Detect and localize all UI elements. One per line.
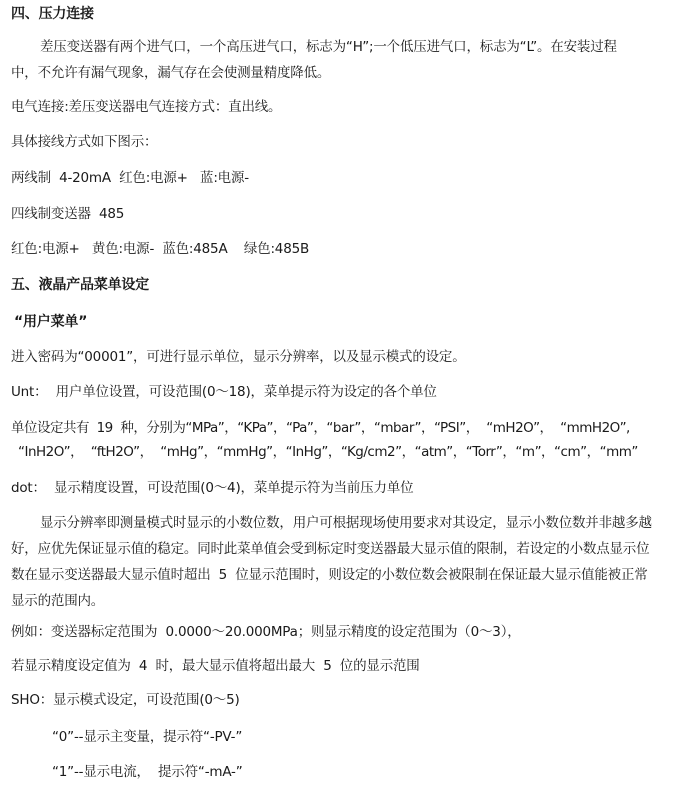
resolution-para-line-3: 数在显示变送器最大显示值时超出 5 位显示范围时，则设定的小数位数会被限制在保证… [11,566,667,584]
precision-limit-text: 若显示精度设定值为 4 时，最大显示值将超出最大 5 位的显示范围 [11,657,667,675]
unt-setting-text: Unt： 用户单位设置，可设范围(0～18)，菜单提示符为设定的各个单位 [11,383,667,401]
resolution-para-line-2: 好，应优先保证显示值的稳定。同时此菜单值会受到标定时变送器最大显示值的限制，若设… [11,540,667,558]
resolution-para-line-4: 显示的范围内。 [11,592,667,610]
resolution-para-line-1: 显示分辨率即测量模式时显示的小数位数，用户可根据现场使用要求对其设定，显示小数位… [40,514,667,532]
units-list-line-2: “InH2O”， “ftH2O”， “mHg”，“mmHg”，“InHg”，“K… [18,443,667,461]
section-5-title: 五、液晶产品菜单设定 [11,276,667,294]
sho-setting-text: SHO：显示模式设定，可设范围(0～5) [11,691,667,709]
sho-option-0: “0”--显示主变量，提示符“-PV-” [52,728,667,746]
example-text: 例如：变送器标定范围为 0.0000～20.000MPa；则显示精度的设定范围为… [11,623,667,641]
dot-setting-text: dot： 显示精度设置，可设范围(0～4)，菜单提示符为当前压力单位 [11,479,667,497]
four-wire-text: 四线制变送器 485 [11,205,667,223]
password-text: 进入密码为“00001”，可进行显示单位，显示分辨率，以及显示模式的设定。 [11,348,667,366]
wiring-detail-text: 具体接线方式如下图示： [11,133,667,151]
two-wire-text: 两线制 4-20mA 红色:电源+ 蓝:电源- [11,169,667,187]
four-wire-colors-text: 红色:电源+ 黄色:电源- 蓝色:485A 绿色:485B [11,240,667,258]
electrical-connection-text: 电气连接:差压变送器电气连接方式：直出线。 [11,98,667,116]
pressure-intro-line-2: 中，不允许有漏气现象，漏气存在会使测量精度降低。 [11,64,667,82]
sho-option-1: “1”--显示电流， 提示符“-mA-” [52,763,667,781]
pressure-intro-line-1: 差压变送器有两个进气口，一个高压进气口，标志为“H”;一个低压进气口，标志为“L… [40,38,667,56]
units-list-line-1: 单位设定共有 19 种，分别为“MPa”，“KPa”，“Pa”，“bar”，“m… [11,419,667,437]
user-menu-title: “用户菜单” [14,313,667,331]
section-4-title: 四、压力连接 [11,5,667,23]
